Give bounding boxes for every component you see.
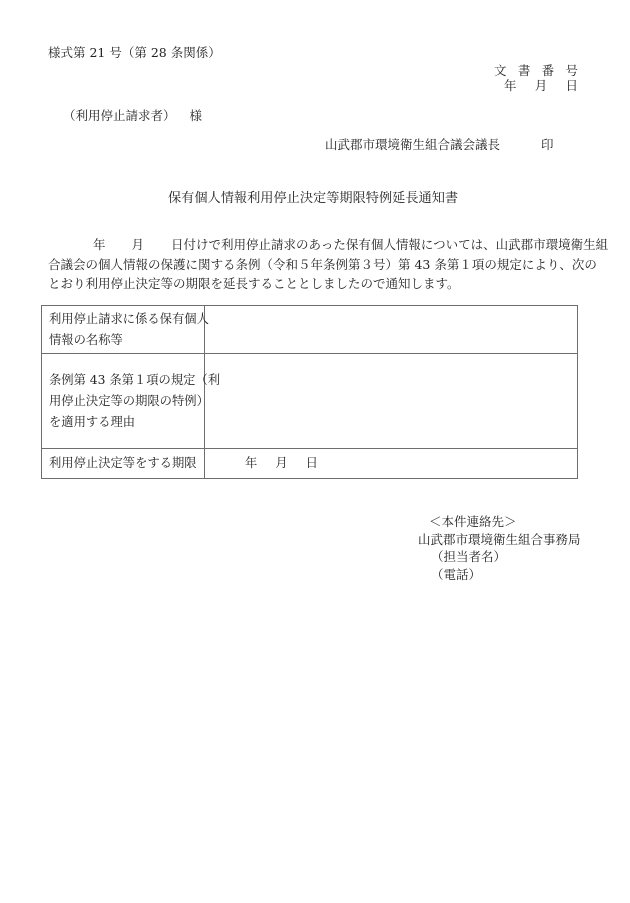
table-row: 条例第 43 条第１項の規定（利 用停止決定等の期限の特例） を適用する理由 [42, 354, 578, 449]
table-row: 利用停止決定等をする期限 年月日 [42, 449, 578, 479]
doc-number-char: 文 [494, 65, 507, 78]
doc-number-char: 号 [565, 65, 578, 78]
doc-number-char: 書 [518, 65, 531, 78]
contact-block: ＜本件連絡先＞ 山武郡市環境衛生組合事務局 （担当者名） （電話） [418, 513, 581, 583]
contact-heading: ＜本件連絡先＞ [418, 513, 581, 531]
document-date: 年 月 日 [504, 80, 578, 93]
label-line: 利用停止請求に係る保有個人 [49, 309, 204, 330]
table-row: 利用停止請求に係る保有個人 情報の名称等 [42, 306, 578, 354]
body-month: 月 [132, 237, 145, 252]
addressee-honorific: 様 [190, 108, 203, 123]
body-year: 年 [93, 237, 106, 252]
sender-title: 山武郡市環境衛生組合議会議長 [325, 139, 500, 152]
seal-mark: 印 [541, 139, 554, 152]
addressee: （利用停止請求者）様 [63, 110, 202, 123]
deadline-year: 年 [245, 456, 257, 470]
row-value-reason[interactable] [205, 354, 578, 449]
body-line-1-text: 日付けで利用停止請求のあった保有個人情報については、山武郡市環境衛生組 [171, 237, 608, 252]
label-line: 条例第 43 条第１項の規定（利 [49, 370, 204, 391]
label-line: 情報の名称等 [49, 330, 204, 351]
label-line: 利用停止決定等をする期限 [49, 453, 204, 474]
label-line: 用停止決定等の期限の特例） [49, 391, 204, 412]
row-label-info-name: 利用停止請求に係る保有個人 情報の名称等 [42, 306, 205, 354]
contact-office: 山武郡市環境衛生組合事務局 [418, 531, 581, 549]
deadline-day: 日 [306, 456, 318, 470]
document-number-label: 文 書 番 号 [494, 65, 578, 78]
document-title: 保有個人情報利用停止決定等期限特例延長通知書 [168, 192, 458, 205]
body-paragraph: 年月日付けで利用停止請求のあった保有個人情報については、山武郡市環境衛生組 合議… [48, 235, 583, 294]
date-year: 年 [504, 80, 517, 93]
doc-number-char: 番 [542, 65, 555, 78]
date-month: 月 [535, 80, 548, 93]
deadline-month: 月 [275, 456, 287, 470]
contact-phone: （電話） [418, 566, 581, 584]
row-value-deadline[interactable]: 年月日 [205, 449, 578, 479]
form-number: 様式第 21 号（第 28 条関係） [48, 47, 221, 60]
row-value-info-name[interactable] [205, 306, 578, 354]
label-line: を適用する理由 [49, 412, 204, 433]
body-line-1: 年月日付けで利用停止請求のあった保有個人情報については、山武郡市環境衛生組 [48, 235, 583, 255]
row-label-deadline: 利用停止決定等をする期限 [42, 449, 205, 479]
date-day: 日 [565, 80, 578, 93]
row-label-reason: 条例第 43 条第１項の規定（利 用停止決定等の期限の特例） を適用する理由 [42, 354, 205, 449]
addressee-name: （利用停止請求者） [63, 108, 176, 123]
body-line-2: 合議会の個人情報の保護に関する条例（令和５年条例第３号）第 43 条第１項の規定… [48, 255, 583, 275]
info-table: 利用停止請求に係る保有個人 情報の名称等 条例第 43 条第１項の規定（利 用停… [41, 305, 578, 479]
contact-person: （担当者名） [418, 548, 581, 566]
body-line-3: とおり利用停止決定等の期限を延長することとしましたので通知します。 [48, 274, 583, 294]
